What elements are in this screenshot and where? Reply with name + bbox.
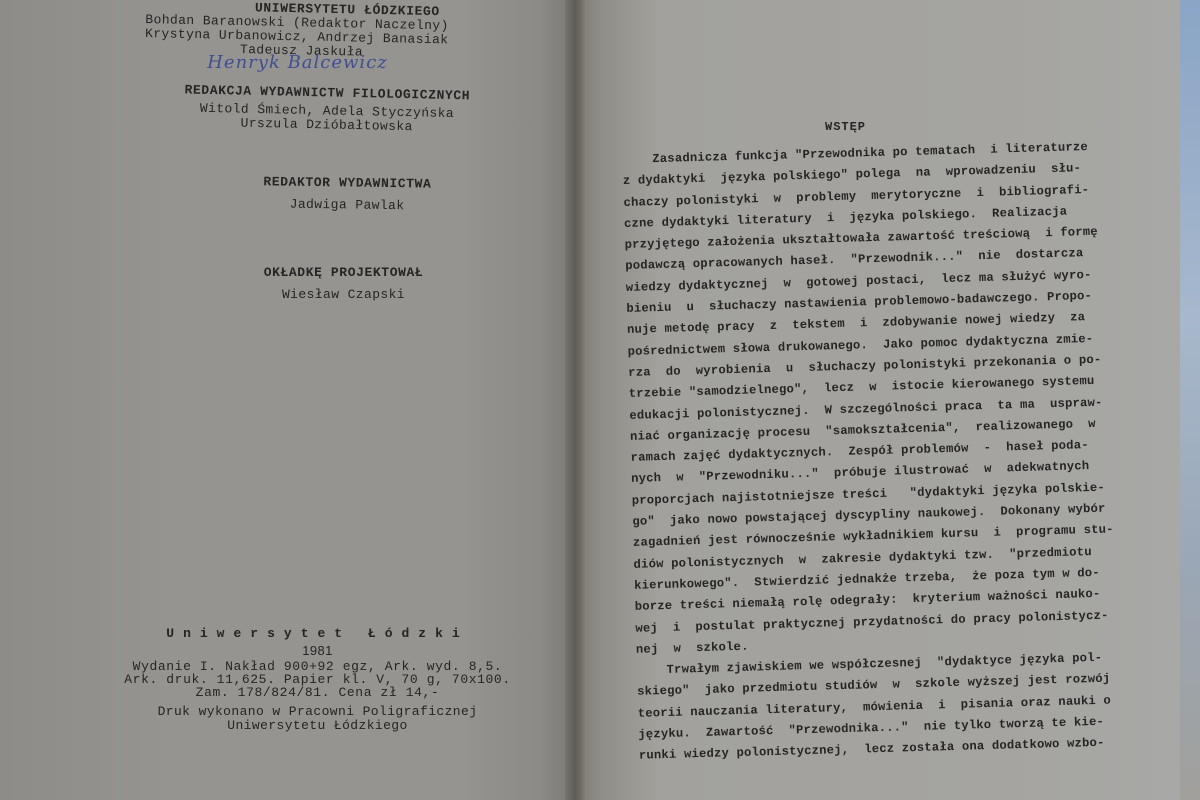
publisher-name: Uniwersytet Łódzki [30,627,605,641]
publishing-editor-section: REDAKTOR WYDAWNICTWA Jadwiga Pawlak [0,172,635,217]
imprint-detail-line: Zam. 178/824/81. Cena zł 14,- [30,686,605,699]
book-gutter [565,0,587,800]
open-book-spread: UNIWERSYTETU ŁÓDZKIEGO Bohdan Baranowski… [0,0,1200,800]
background-edge [1180,0,1200,800]
publishing-editor-title: REDAKTOR WYDAWNICTWA [60,172,635,194]
publication-year: 1981 [30,644,605,658]
printer-line: Druk wykonano w Pracowni Poligraficznej [30,705,605,719]
cover-designer-name: Wiesław Czapski [56,288,631,302]
philology-editorial-section: REDAKCJA WYDAWNICTW FILOLOGICZNYCH Witol… [0,80,615,139]
handwritten-signature: Henryk Balcewicz [0,56,585,70]
cover-design-title: OKŁADKĘ PROJEKTOWAŁ [56,266,631,280]
signature-text: Henryk Balcewicz [10,56,585,70]
introduction-body-text: Zasadnicza funkcja "Przewodnika po temat… [622,136,1139,767]
publishing-editor-name: Jadwiga Pawlak [60,194,635,216]
cover-design-section: OKŁADKĘ PROJEKTOWAŁ Wiesław Czapski [0,266,631,302]
imprint-section: Uniwersytet Łódzki 1981 Wydanie I. Nakła… [0,627,605,733]
section-heading: WSTĘP [825,120,866,134]
left-page-colophon: UNIWERSYTETU ŁÓDZKIEGO Bohdan Baranowski… [0,0,575,800]
printer-line: Uniwersytetu Łódzkiego [30,719,605,733]
